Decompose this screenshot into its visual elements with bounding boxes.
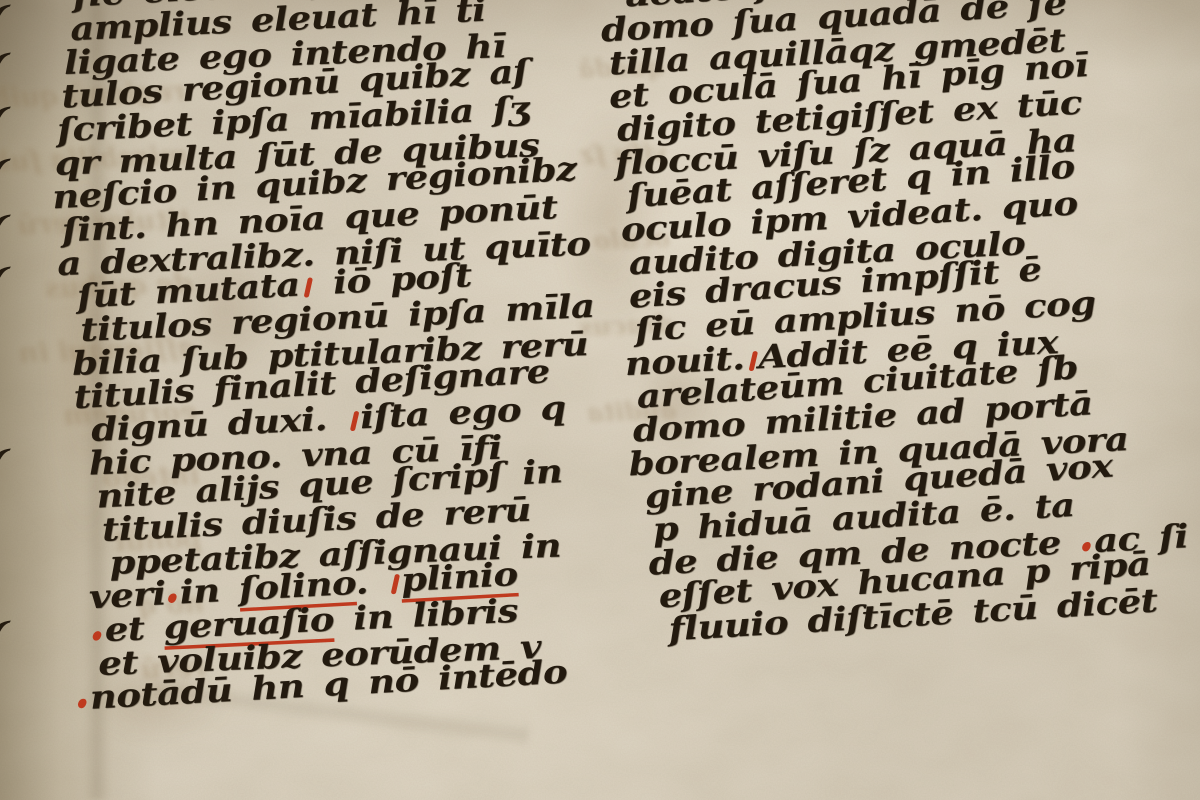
right-text-column: ūeatē ſua ēdomo ſua quadā de ſētilla aqu… — [598, 0, 1193, 648]
manuscript-photo: regionū quibzmirabilia ſubtitulos rerūde… — [0, 0, 1200, 800]
edge-stroke-fragment: ( — [0, 257, 11, 302]
edge-stroke-fragment: ( — [0, 43, 11, 88]
red-slash-mark — [391, 574, 400, 595]
edge-stroke-fragment: ( — [0, 149, 11, 194]
red-dot-mark — [92, 630, 103, 641]
edge-stroke-fragment: ( — [0, 205, 11, 250]
edge-stroke-fragment: ( — [0, 97, 11, 142]
left-text-column: ſic eleuatē ſup amplius eleuat hī tiliga… — [40, 0, 612, 715]
edge-stroke-fragment: ( — [0, 0, 11, 39]
red-slash-mark — [350, 411, 360, 432]
red-slash-mark — [304, 277, 313, 298]
edge-stroke-fragment: ( — [0, 611, 11, 656]
edge-stroke-fragment: ( — [0, 439, 11, 484]
red-dot-mark — [167, 593, 178, 604]
red-dot-mark — [77, 698, 88, 709]
